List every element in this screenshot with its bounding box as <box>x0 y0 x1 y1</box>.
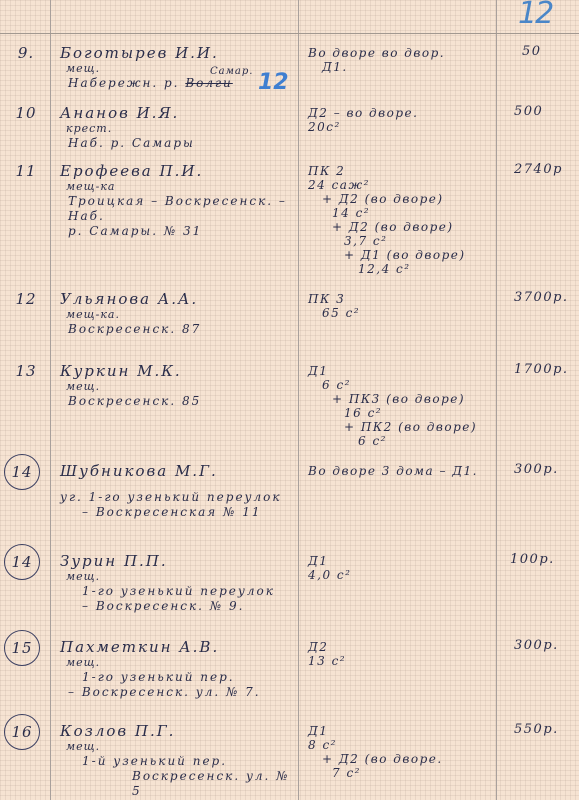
owner-name: Боготырев И.И. <box>60 44 296 62</box>
owner-name: Козлов П.Г. <box>60 722 296 740</box>
owner-name: Куркин М.К. <box>60 362 296 380</box>
address-correction: Самар. <box>210 66 253 77</box>
property-value: 2740р <box>514 162 563 177</box>
owner-address-line-1: 1-й узенький пер. <box>82 754 296 769</box>
property-description: Во дворе 3 дома – Д1. <box>308 464 493 478</box>
owner-block: Козлов П.Г. мещ. 1-й узенький пер. Воскр… <box>60 722 296 799</box>
owner-name: Пахметкин А.В. <box>60 638 296 656</box>
owner-name: Ерофеева П.И. <box>60 162 296 180</box>
owner-address: Наб. р. Самары <box>68 136 296 151</box>
entry-number: 9. <box>8 44 44 62</box>
property-value: 500 <box>514 104 543 119</box>
owner-address-line-2: – Воскресенск. № 9. <box>82 599 296 614</box>
folio-number: 12 <box>518 0 552 31</box>
entry-number: 12 <box>8 290 44 308</box>
owner-block: Ананов И.Я. крест. Наб. р. Самары <box>60 104 296 151</box>
column-divider-number <box>50 0 51 800</box>
property-value: 300р. <box>514 638 559 653</box>
property-description: Д1 4,0 с² <box>308 554 493 582</box>
column-divider-description <box>496 0 497 800</box>
owner-status: мещ-ка <box>66 180 296 194</box>
owner-block: Ульянова А.А. мещ-ка. Воскресенск. 87 <box>60 290 296 337</box>
owner-status: мещ-ка. <box>66 308 296 322</box>
entry-number-circled: 14 <box>4 544 40 580</box>
entry-number-circled: 14 <box>4 454 40 490</box>
entry-number-circled: 16 <box>4 714 40 750</box>
entry-number: 10 <box>8 104 44 122</box>
owner-status: крест. <box>66 122 296 136</box>
owner-address-line-2: Воскресенск. ул. № 5 <box>132 769 296 799</box>
property-value: 3700р. <box>514 290 569 305</box>
owner-address-line-2: р. Самары. № 31 <box>68 224 296 239</box>
entry-number: 13 <box>8 362 44 380</box>
owner-name: Шубникова М.Г. <box>60 462 296 480</box>
property-value: 300р. <box>514 462 559 477</box>
entry-number-circled: 15 <box>4 630 40 666</box>
owner-address-line-2: – Воскресенская № 11 <box>82 505 296 520</box>
owner-block: Ерофеева П.И. мещ-ка Троицкая – Воскресе… <box>60 162 296 239</box>
column-divider-owner <box>298 0 299 800</box>
owner-status: мещ. <box>66 740 296 754</box>
owner-name: Ульянова А.А. <box>60 290 296 308</box>
struck-word: Волги <box>185 76 232 90</box>
property-description: Д2 13 с² <box>308 640 493 668</box>
property-description: Д1 6 с² + ПК3 (во дворе) 16 с² + ПК2 (во… <box>308 364 493 448</box>
property-value: 50 <box>522 44 542 59</box>
property-description: Во дворе во двор. Д1. <box>308 46 493 74</box>
ledger-page: 12 9. Боготырев И.И. мещ. Набережн. р. В… <box>0 0 579 800</box>
owner-address-line-2: – Воскресенск. ул. № 7. <box>68 685 296 700</box>
owner-status: мещ. <box>66 656 296 670</box>
owner-address-line-1: уг. 1-го узенький переулок <box>60 490 296 505</box>
owner-address-line-1: 1-го узенький пер. <box>82 670 296 685</box>
margin-note-blue: 12 <box>258 70 289 95</box>
property-value: 550р. <box>514 722 559 737</box>
owner-block: Куркин М.К. мещ. Воскресенск. 85 <box>60 362 296 409</box>
owner-block: Пахметкин А.В. мещ. 1-го узенький пер. –… <box>60 638 296 700</box>
owner-address: Воскресенск. 85 <box>68 394 296 409</box>
property-value: 100р. <box>510 552 555 567</box>
entry-number: 11 <box>8 162 44 180</box>
property-value: 1700р. <box>514 362 569 377</box>
owner-address-line-1: Троицкая – Воскресенск. – Наб. <box>68 194 296 224</box>
property-description: ПК 3 65 с² <box>308 292 493 320</box>
owner-name: Зурин П.П. <box>60 552 296 570</box>
owner-block: Шубникова М.Г. уг. 1-го узенький переуло… <box>60 462 296 520</box>
owner-address-line-1: 1-го узенький переулок <box>82 584 296 599</box>
owner-name: Ананов И.Я. <box>60 104 296 122</box>
header-rule <box>0 33 579 34</box>
property-description: Д1 8 с² + Д2 (во дворе. 7 с² <box>308 724 493 780</box>
property-description: Д2 – во дворе. 20с² <box>308 106 493 134</box>
owner-block: Зурин П.П. мещ. 1-го узенький переулок –… <box>60 552 296 614</box>
owner-status: мещ. <box>66 380 296 394</box>
property-description: ПК 2 24 саж² + Д2 (во дворе) 14 с² + Д2 … <box>308 164 493 276</box>
owner-status: мещ. <box>66 570 296 584</box>
owner-address: Воскресенск. 87 <box>68 322 296 337</box>
